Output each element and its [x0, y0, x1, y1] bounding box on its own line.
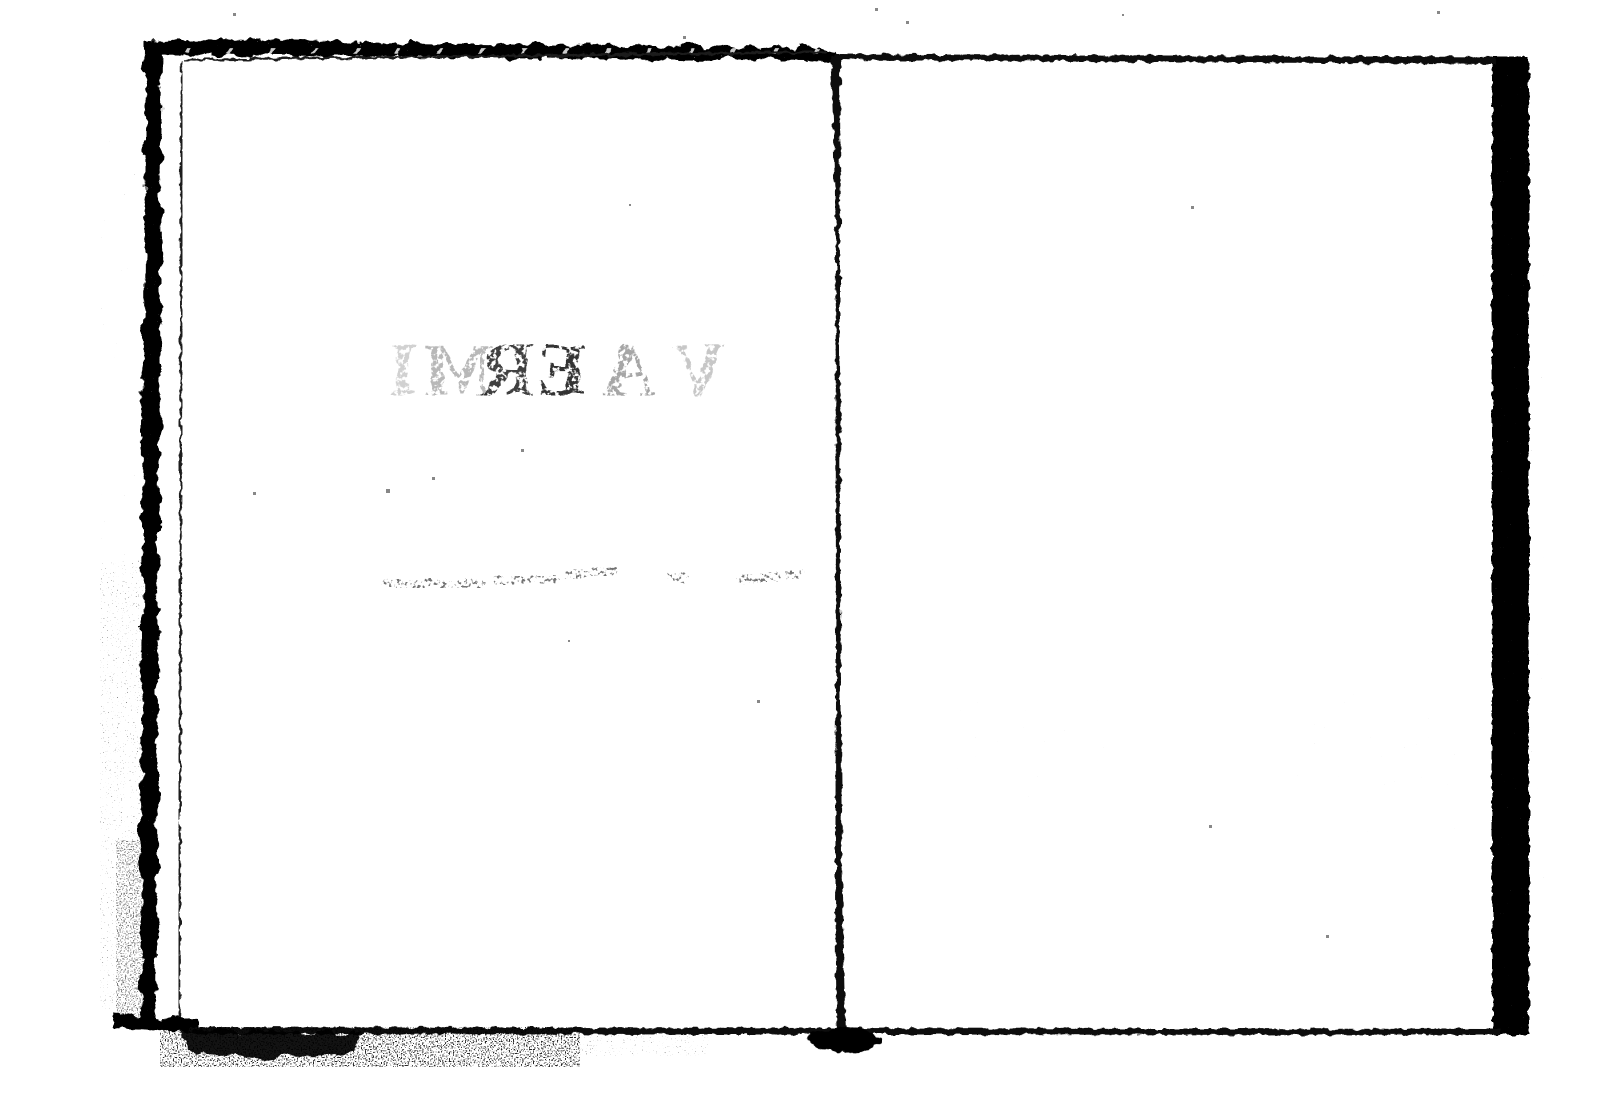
speck: [386, 489, 390, 493]
bottom-smudge-tail: [540, 1028, 710, 1056]
speck: [683, 36, 686, 39]
noise-right-band-halo: [1530, 80, 1546, 1030]
speck: [1437, 11, 1440, 14]
noise-right-page-cluster-2: [1295, 690, 1465, 850]
speck: [757, 700, 760, 703]
speck: [1191, 206, 1194, 209]
noise-left-page: [200, 120, 810, 980]
speck: [568, 640, 570, 642]
speck: [253, 492, 256, 495]
bottom-smudge-band: [160, 1027, 580, 1067]
speck: [1122, 14, 1124, 16]
scanned-book-page: scanned open book spread, blank pages: [0, 0, 1600, 1095]
speck: [233, 13, 236, 16]
noise-right-page-cluster-1: [940, 688, 1130, 818]
speck: [906, 21, 909, 24]
speck: [629, 204, 631, 206]
speck: [432, 477, 435, 480]
noise-left-margin-bottom: [116, 840, 150, 1020]
speck: [521, 449, 524, 452]
speck: [1326, 935, 1329, 938]
cover-right-texture: [1493, 60, 1528, 1030]
speck: [875, 8, 878, 11]
noise-right-page-upper: [850, 90, 1490, 610]
speck: [1209, 825, 1212, 828]
noise-left-margin-upper: [100, 120, 140, 560]
book-scan-image: scanned open book spread, blank pages: [0, 0, 1600, 1095]
